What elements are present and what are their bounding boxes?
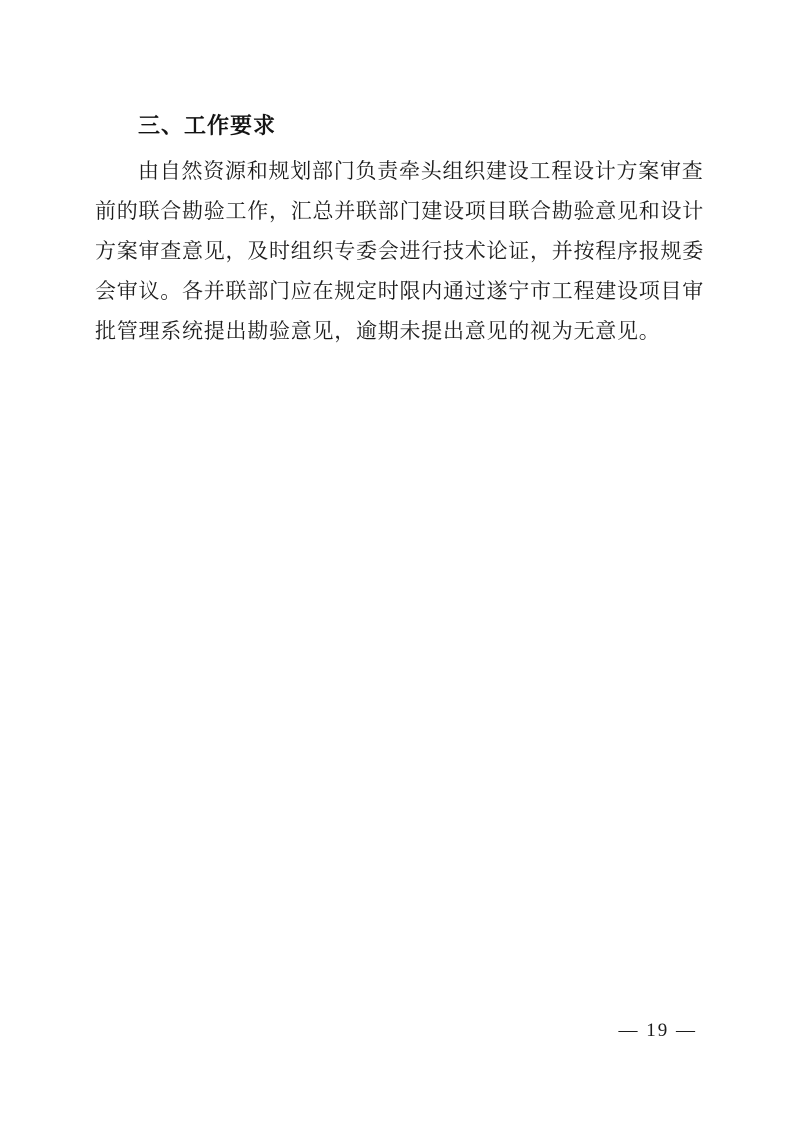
- paragraph-line: 会审议。各并联部门应在规定时限内通过遂宁市工程建设项目审: [95, 271, 703, 311]
- paragraph-line: 前的联合勘验工作，汇总并联部门建设项目联合勘验意见和设计: [95, 191, 703, 231]
- paragraph-line: 由自然资源和规划部门负责牵头组织建设工程设计方案审查: [95, 151, 703, 191]
- paragraph: 由自然资源和规划部门负责牵头组织建设工程设计方案审查 前的联合勘验工作，汇总并联…: [95, 151, 703, 351]
- document-page: 三、工作要求 由自然资源和规划部门负责牵头组织建设工程设计方案审查 前的联合勘验…: [0, 0, 793, 1122]
- paragraph-line: 批管理系统提出勘验意见，逾期未提出意见的视为无意见。: [95, 311, 703, 351]
- paragraph-line: 方案审查意见，及时组织专委会进行技术论证，并按程序报规委: [95, 231, 703, 271]
- document-body: 三、工作要求 由自然资源和规划部门负责牵头组织建设工程设计方案审查 前的联合勘验…: [95, 0, 703, 351]
- section-heading: 三、工作要求: [95, 106, 703, 146]
- page-number: — 19 —: [95, 1020, 697, 1042]
